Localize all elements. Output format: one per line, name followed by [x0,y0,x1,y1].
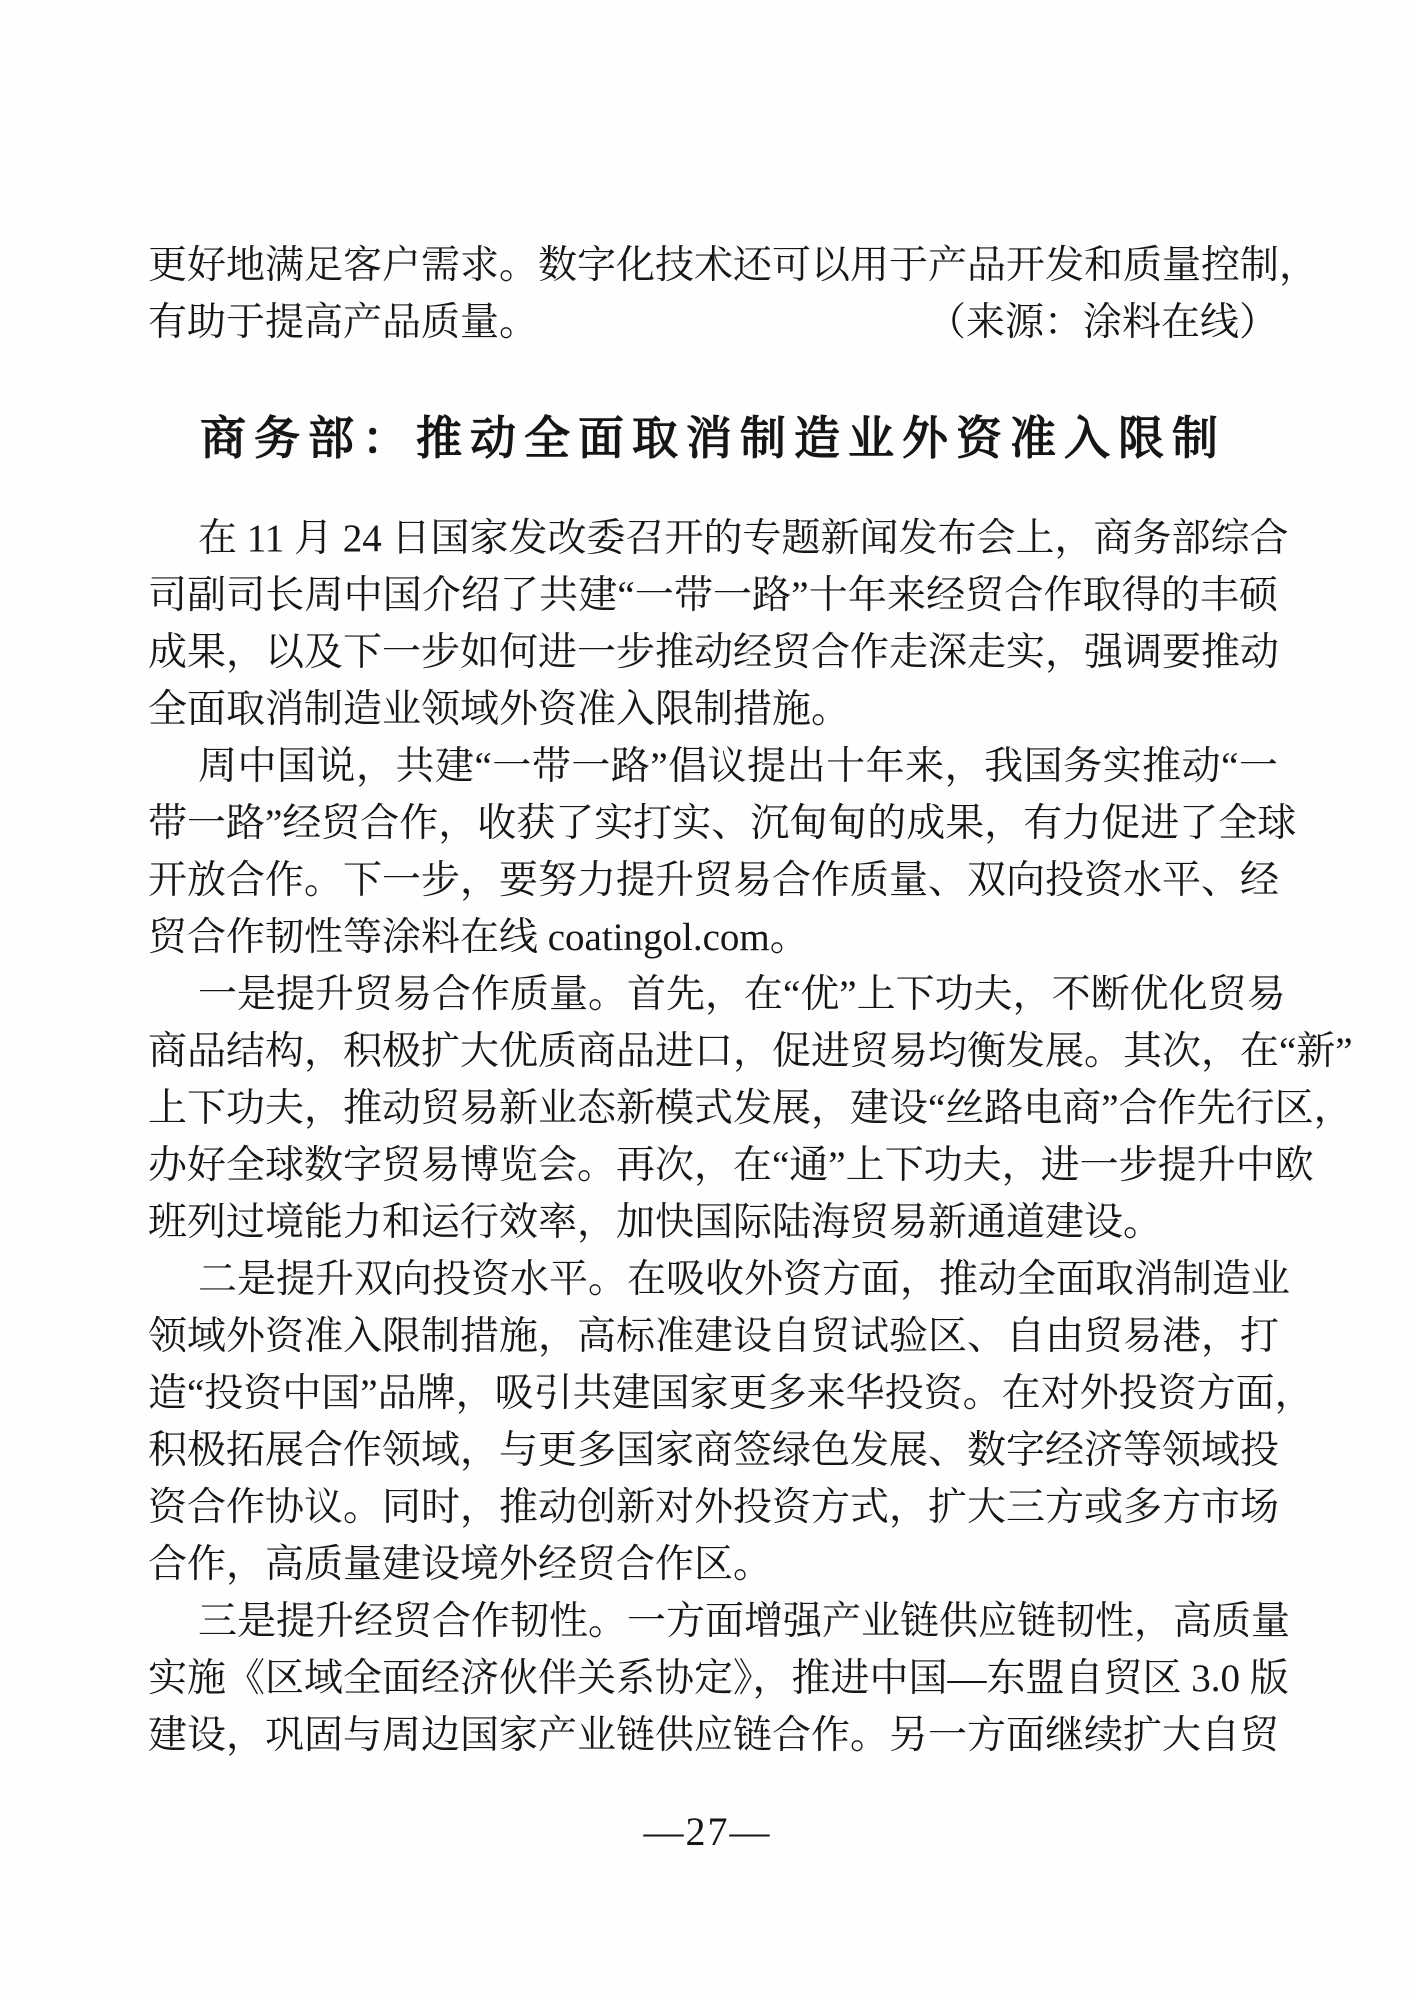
prev-article-line: 更好地满足客户需求。数字化技术还可以用于产品开发和质量控制， [148,237,1278,294]
body-line: 一是提升贸易合作质量。首先，在“优”上下功夫，不断优化贸易 [148,966,1278,1023]
document-page: 更好地满足客户需求。数字化技术还可以用于产品开发和质量控制， 有助于提高产品质量… [0,0,1415,2000]
body-line: 全面取消制造业领域外资准入限制措施。 [148,681,1278,738]
body-line: 资合作协议。同时，推动创新对外投资方式，扩大三方或多方市场 [148,1479,1278,1536]
body-line: 三是提升经贸合作韧性。一方面增强产业链供应链韧性，高质量 [148,1593,1278,1650]
text-column: 更好地满足客户需求。数字化技术还可以用于产品开发和质量控制， 有助于提高产品质量… [148,237,1278,1764]
source-attribution: （来源：涂料在线） [927,294,1278,351]
body-line: 实施《区域全面经济伙伴关系协定》，推进中国—东盟自贸区 3.0 版 [148,1650,1278,1707]
body-line: 造“投资中国”品牌，吸引共建国家更多来华投资。在对外投资方面， [148,1365,1278,1422]
body-line: 办好全球数字贸易博览会。再次，在“通”上下功夫，进一步提升中欧 [148,1137,1278,1194]
body-line: 上下功夫，推动贸易新业态新模式发展，建设“丝路电商”合作先行区， [148,1080,1278,1137]
body-line: 开放合作。下一步，要努力提升贸易合作质量、双向投资水平、经 [148,852,1278,909]
prev-article-last-line: 有助于提高产品质量。 （来源：涂料在线） [148,294,1278,351]
body-line: 建设，巩固与周边国家产业链供应链合作。另一方面继续扩大自贸 [148,1707,1278,1764]
body-line: 司副司长周中国介绍了共建“一带一路”十年来经贸合作取得的丰硕 [148,567,1278,624]
body-line: 积极拓展合作领域，与更多国家商签绿色发展、数字经济等领域投 [148,1422,1278,1479]
body-line: 贸合作韧性等涂料在线 coatingol.com。 [148,909,1278,966]
body-line: 领域外资准入限制措施，高标准建设自贸试验区、自由贸易港，打 [148,1308,1278,1365]
body-line: 合作，高质量建设境外经贸合作区。 [148,1536,1278,1593]
body-line: 二是提升双向投资水平。在吸收外资方面，推动全面取消制造业 [148,1251,1278,1308]
prev-article-tail-text: 有助于提高产品质量。 [148,294,538,351]
article-title: 商务部：推动全面取消制造业外资准入限制 [148,404,1278,474]
body-line: 在 11 月 24 日国家发改委召开的专题新闻发布会上，商务部综合 [148,510,1278,567]
body-line: 周中国说，共建“一带一路”倡议提出十年来，我国务实推动“一 [148,738,1278,795]
body-line: 成果，以及下一步如何进一步推动经贸合作走深走实，强调要推动 [148,624,1278,681]
body-line: 班列过境能力和运行效率，加快国际陆海贸易新通道建设。 [148,1194,1278,1251]
body-line: 带一路”经贸合作，收获了实打实、沉甸甸的成果，有力促进了全球 [148,795,1278,852]
body-line: 商品结构，积极扩大优质商品进口，促进贸易均衡发展。其次，在“新” [148,1023,1278,1080]
page-number: —27— [0,1803,1415,1860]
